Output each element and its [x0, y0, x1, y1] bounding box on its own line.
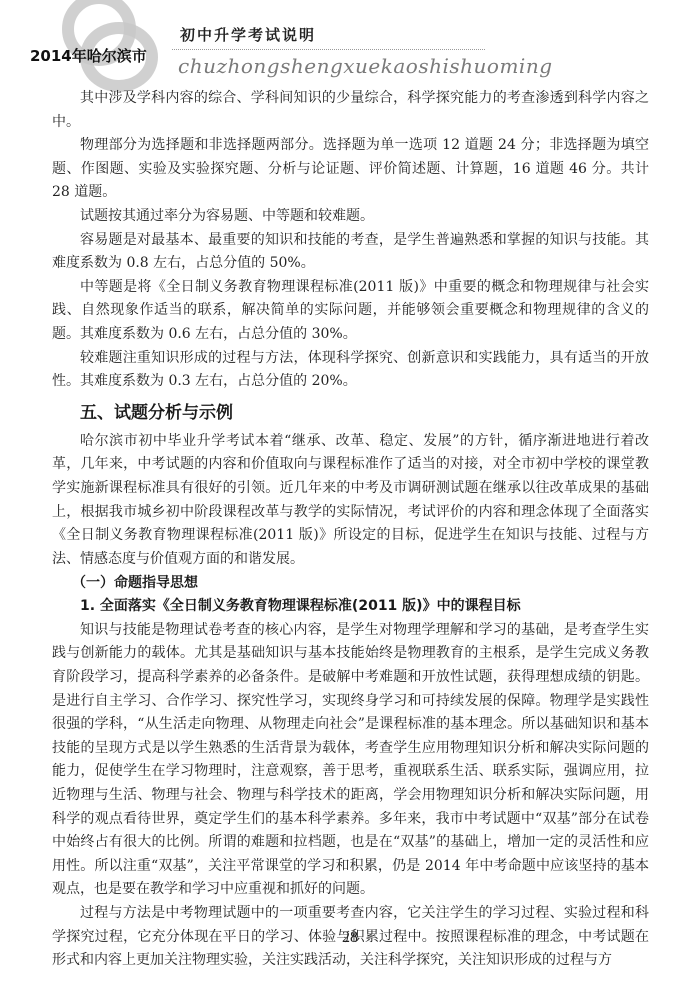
page-body: 其中涉及学科内容的综合、学科间知识的少量综合，科学探究能力的考查渗透到科学内容之… — [52, 87, 649, 973]
section-intro-paragraph: 哈尔滨市初中毕业升学考试本着“继承、改革、稳定、发展”的方针，循序渐进地进行着改… — [52, 430, 649, 572]
header-city-year: 2014年哈尔滨市 — [30, 45, 147, 66]
paragraph: 物理部分为选择题和非选择题两部分。选择题为单一选项 12 道题 24 分；非选择… — [52, 134, 649, 205]
paragraph: 知识与技能是物理试卷考查的核心内容，是学生对物理学理解和学习的基础，是考查学生实… — [52, 619, 649, 902]
subsection-heading: （一）命题指导思想 — [52, 571, 649, 595]
paragraph: 容易题是对最基本、最重要的知识和技能的考查，是学生普遍熟悉和掌握的知识与技能。其… — [52, 229, 649, 276]
paragraph: 试题按其通过率分为容易题、中等题和较难题。 — [52, 205, 649, 229]
item-heading: 1. 全面落实《全日制义务教育物理课程标准(2011 版)》中的课程目标 — [52, 595, 649, 619]
paragraph: 中等题是将《全日制义务教育物理课程标准(2011 版)》中重要的概念和物理规律与… — [52, 276, 649, 347]
section-heading: 五、试题分析与示例 — [52, 400, 649, 426]
paragraph: 其中涉及学科内容的综合、学科间知识的少量综合，科学探究能力的考查渗透到科学内容之… — [52, 87, 649, 134]
paragraph: 较难题注重知识形成的过程与方法，体现科学探究、创新意识和实践能力，具有适当的开放… — [52, 347, 649, 394]
header-pinyin: chuzhongshengxuekaoshishuoming — [178, 54, 553, 78]
header-divider — [172, 49, 485, 50]
page-header: 2014年哈尔滨市 初中升学考试说明 chuzhongshengxuekaosh… — [0, 0, 700, 85]
page-number: 28 — [0, 929, 700, 947]
header-book-title: 初中升学考试说明 — [180, 24, 316, 45]
